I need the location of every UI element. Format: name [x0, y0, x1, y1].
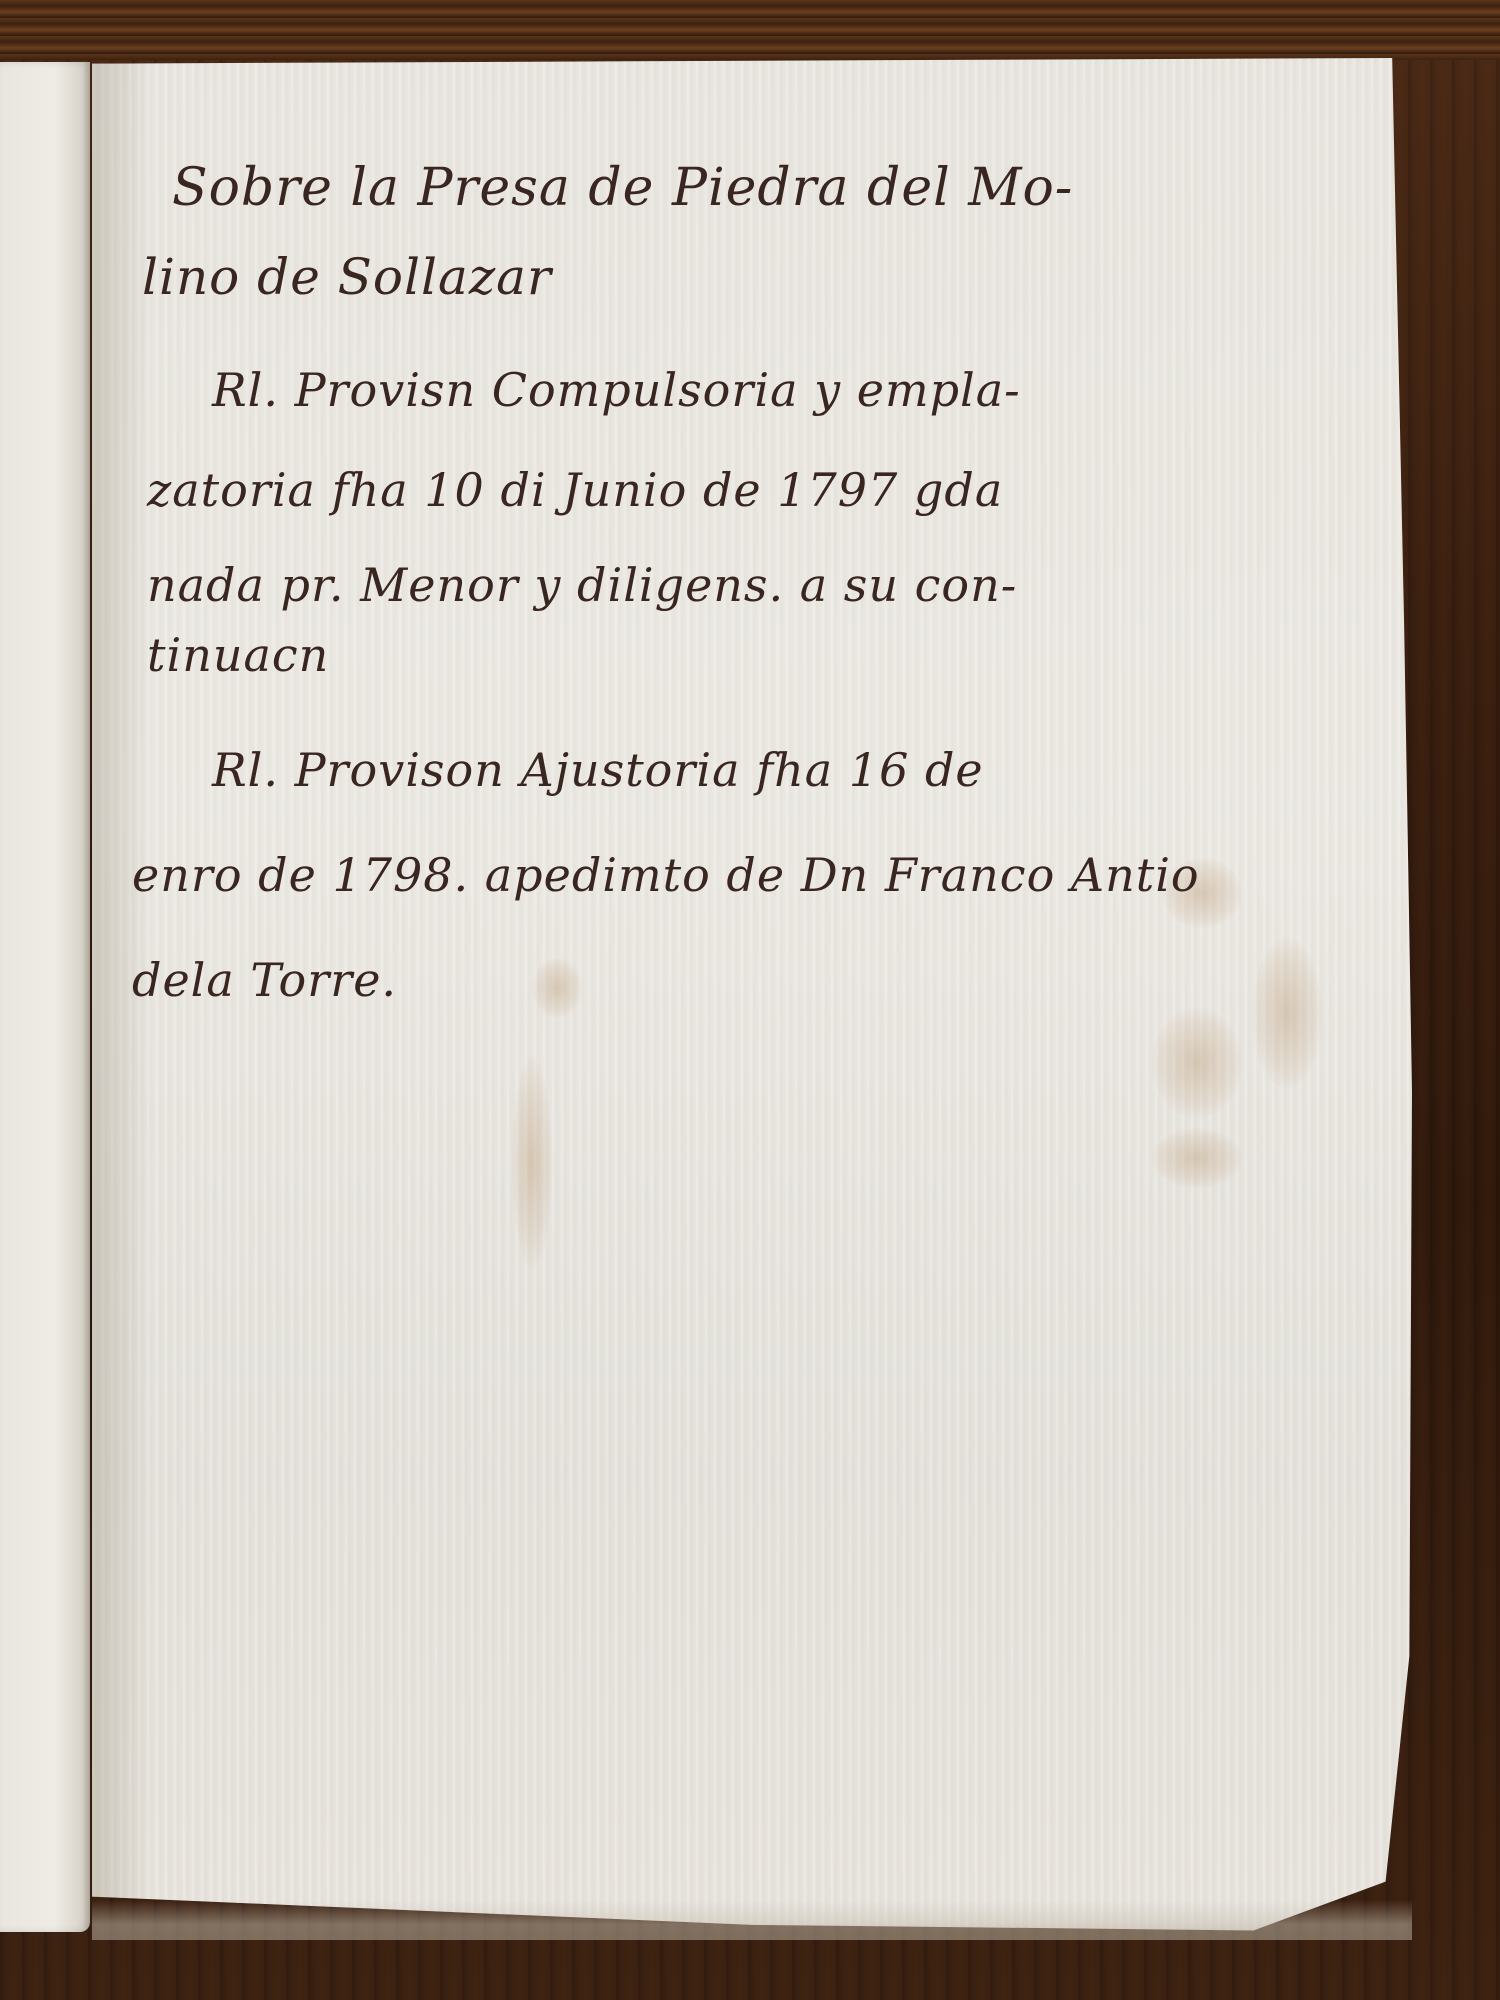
foxing-stain-right-4	[1152, 1128, 1242, 1188]
manuscript-page: Sobre la Presa de Piedra del Mo- lino de…	[92, 58, 1412, 1938]
folded-page-edge	[0, 62, 90, 1932]
foxing-stain-right-2	[1152, 1008, 1242, 1118]
entry-2-line-1: Rl. Provison Ajustoria fha 16 de	[212, 743, 984, 797]
entry-1-line-4: tinuacn	[147, 628, 329, 682]
entry-2-line-2: enro de 1798. apedimto de Dn Franco Anti…	[132, 848, 1200, 902]
title-line-1: Sobre la Presa de Piedra del Mo-	[172, 158, 1073, 218]
water-stain-vertical	[512, 1058, 552, 1268]
foxing-stain-right-3	[1252, 938, 1322, 1088]
ink-stain-top	[532, 958, 582, 1018]
title-line-2: lino de Sollazar	[142, 248, 552, 306]
entry-1-line-3: nada pr. Menor y diligens. a su con-	[147, 558, 1017, 612]
wooden-table-top-edge	[0, 0, 1500, 60]
page-bottom-edge	[92, 1900, 1412, 1940]
entry-2-line-3: dela Torre.	[132, 953, 397, 1007]
entry-1-line-2: zatoria fha 10 di Junio de 1797 gda	[147, 463, 1003, 517]
entry-1-line-1: Rl. Provisn Compulsoria y empla-	[212, 363, 1021, 417]
